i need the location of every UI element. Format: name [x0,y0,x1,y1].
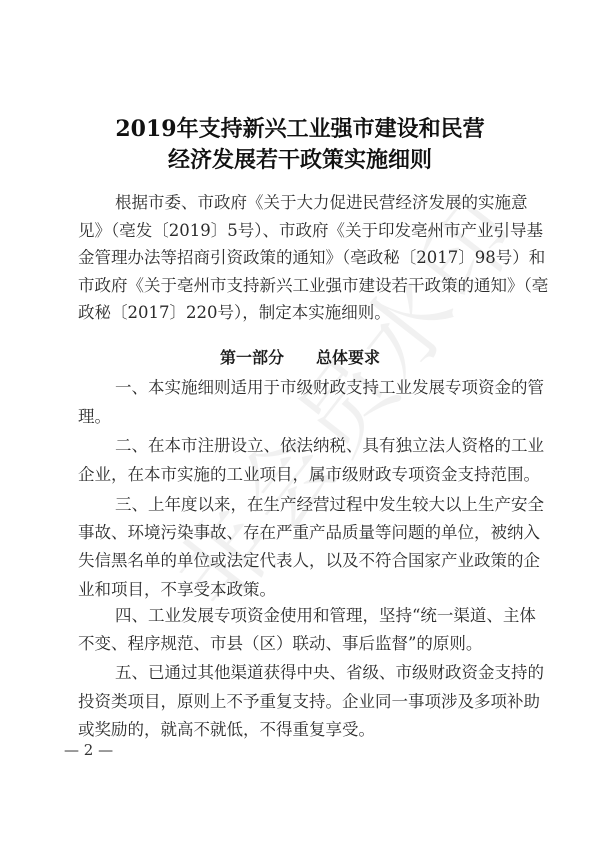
paragraph-line: 五、已通过其他渠道获得中央、省级、市级财政资金支持的 [115,662,522,684]
paragraph-line: 或奖励的，就高不就低，不得重复享受。 [78,719,522,741]
paragraph-line: 企业，在本市实施的工业项目，属市级财政专项资金支持范围。 [78,464,522,486]
paragraph-line: 业和项目，不享受本政策。 [78,579,522,601]
paragraph-line: 失信黑名单的单位或法定代表人，以及不符合国家产业政策的企 [78,550,522,572]
paragraph-line: 四、工业发展专项资金使用和管理，坚持“统一渠道、主体 [115,605,522,627]
paragraph-line: 二、在本市注册设立、依法纳税、具有独立法人资格的工业 [115,435,522,457]
preamble-line: 见》（亳发〔2019〕5号）、市政府《关于印发亳州市产业引导基 [78,220,522,242]
preamble-line: 市政府《关于亳州市支持新兴工业强市建设若干政策的通知》（亳 [78,275,522,297]
paragraph-line: 事故、环境污染事故、存在严重产品质量等问题的单位，被纳入 [78,522,522,544]
title-line-2: 经济发展若干政策实施细则 [0,143,600,174]
paragraph-line: 不变、程序规范、市县（区）联动、事后监督”的原则。 [78,633,522,655]
title-line-1: 2019年支持新兴工业强市建设和民营 [0,112,600,143]
preamble-line: 金管理办法等招商引资政策的通知》（亳政秘〔2017〕98号）和 [78,247,522,269]
preamble-line: 政秘〔2017〕220号），制定本实施细则。 [78,302,522,324]
paragraph-line: 三、上年度以来，在生产经营过程中发生较大以上生产安全 [115,494,522,516]
paragraph-line: 一、本实施细则适用于市级财政支持工业发展专项资金的管 [115,377,522,399]
preamble-line: 根据市委、市政府《关于大力促进民营经济发展的实施意 [115,192,522,214]
page-number: — 2 — [64,741,113,759]
paragraph-line: 投资类项目，原则上不予重复支持。企业同一事项涉及多项补助 [78,691,522,713]
document-page: 非会员水印 2019年支持新兴工业强市建设和民营 经济发展若干政策实施细则 根据… [0,0,600,848]
section-heading: 第一部分 总体要求 [0,345,600,368]
paragraph-line: 理。 [78,406,522,428]
